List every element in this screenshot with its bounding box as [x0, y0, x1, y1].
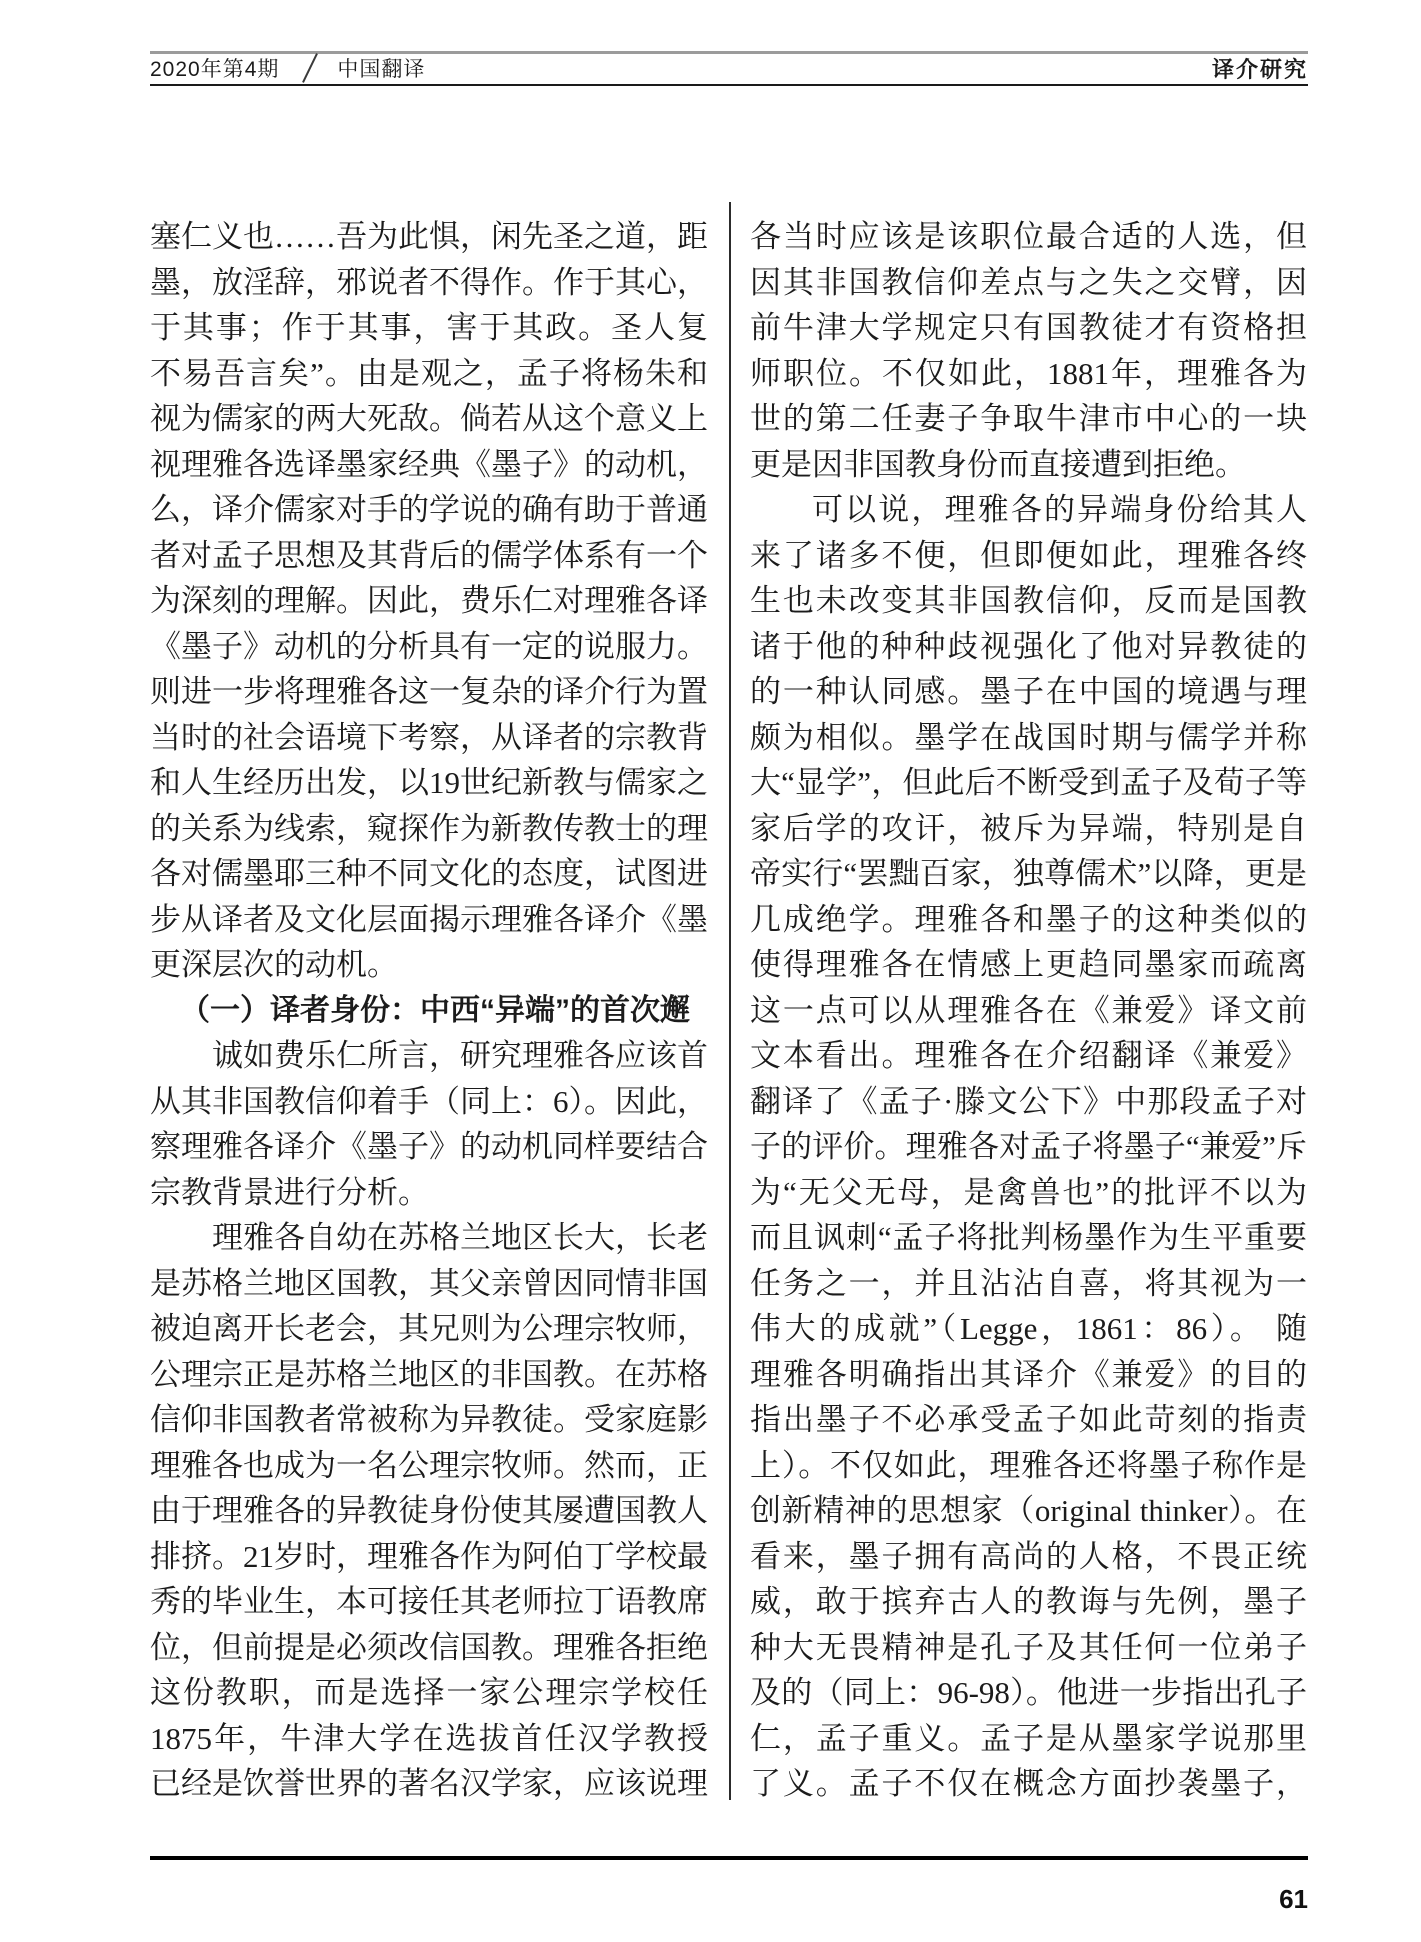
- text-line: 理雅各也成为一名公理宗牧师。然而，正是: [150, 1443, 708, 1489]
- header-left-group: 2020年第4期 中国翻译: [150, 52, 425, 84]
- text-line: 1875年，牛津大学在选拔首任汉学教授时，: [150, 1716, 708, 1762]
- text-line: 塞仁义也……吾为此惧，闲先圣之道，距杨: [150, 214, 708, 260]
- text-line: 更深层次的动机。: [150, 942, 708, 988]
- text-line: 理雅各自幼在苏格兰地区长大，长老会: [150, 1215, 708, 1261]
- text-line: 公理宗正是苏格兰地区的非国教。在苏格兰: [150, 1352, 708, 1398]
- journal-title: 中国翻译: [337, 53, 425, 83]
- text-line: 看来，墨子拥有高尚的人格，不畏正统与权: [750, 1534, 1307, 1580]
- issue-label: 2020年第4期: [150, 53, 279, 83]
- text-line: 威，敢于摈弃古人的教诲与先例，墨子的这: [750, 1579, 1307, 1625]
- text-line: 创新精神的思想家（original thinker）。在他: [750, 1488, 1307, 1534]
- text-line: 及的（同上：96-98）。他进一步指出孔子讲: [750, 1670, 1307, 1716]
- text-line: 而且讽刺“孟子将批判杨墨作为生平重要的: [750, 1215, 1307, 1261]
- text-line: 由于理雅各的异教徒身份使其屡遭国教人士: [150, 1488, 708, 1534]
- section-heading: （一）译者身份：中西“异端”的首次邂逅: [150, 988, 708, 1034]
- text-line: 则进一步将理雅各这一复杂的译介行为置于: [150, 669, 708, 715]
- text-line: 当时的社会语境下考察，从译者的宗教背景: [150, 715, 708, 761]
- page-header: 2020年第4期 中国翻译 译介研究: [150, 54, 1308, 82]
- text-line: 信仰非国教者常被称为异教徒。受家庭影响，: [150, 1397, 708, 1443]
- text-line: 宗教背景进行分析。: [150, 1170, 708, 1216]
- text-line: 各对儒墨耶三种不同文化的态度，试图进一: [150, 851, 708, 897]
- text-line: 可以说，理雅各的异端身份给其人生带: [750, 487, 1307, 533]
- column-divider-rule: [729, 202, 731, 1800]
- text-line: 位，但前提是必须改信国教。理雅各拒绝了: [150, 1625, 708, 1671]
- text-line: 为深刻的理解。因此，费乐仁对理雅各译介: [150, 578, 708, 624]
- text-line: 秀的毕业生，本可接任其老师拉丁语教席职: [150, 1579, 708, 1625]
- text-line: 世的第二任妻子争取牛津市中心的一块墓地: [750, 396, 1307, 442]
- text-line: 了义。孟子不仅在概念方面抄袭墨子，而且: [750, 1761, 1307, 1807]
- text-line: 种大无畏精神是孔子及其任何一位弟子所不: [750, 1625, 1307, 1671]
- header-bottom-rule: [150, 84, 1308, 86]
- text-line: 来了诸多不便，但即便如此，理雅各终其一: [750, 533, 1307, 579]
- text-line: 上）。不仅如此，理雅各还将墨子称作是极具: [750, 1443, 1307, 1489]
- text-line: 被迫离开长老会，其兄则为公理宗牧师，而: [150, 1306, 708, 1352]
- text-line: 这一点可以从理雅各在《兼爱》译文前的副: [750, 988, 1307, 1034]
- text-line: 帝实行“罢黜百家，独尊儒术”以降，更是: [750, 851, 1307, 897]
- text-line: 子的评价。理雅各对孟子将墨子“兼爱”斥: [750, 1124, 1307, 1170]
- text-line: 已经是饮誉世界的著名汉学家，应该说理雅: [150, 1761, 708, 1807]
- header-slash-divider: [302, 53, 318, 83]
- text-line: 不易吾言矣”。由是观之，孟子将杨朱和墨子: [150, 351, 708, 397]
- text-line: 指出墨子不必承受孟子如此苛刻的指责（同: [750, 1397, 1307, 1443]
- text-line: 为“无父无母，是禽兽也”的批评不以为然，: [750, 1170, 1307, 1216]
- section-label: 译介研究: [1212, 53, 1308, 84]
- text-line: 因其非国教信仰差点与之失之交臂，因为此: [750, 260, 1307, 306]
- text-line: 文本看出。理雅各在介绍翻译《兼爱》之前: [750, 1033, 1307, 1079]
- text-line: 翻译了《孟子·滕文公下》中那段孟子对墨: [750, 1079, 1307, 1125]
- text-line: 大“显学”，但此后不断受到孟子及荀子等儒: [750, 760, 1307, 806]
- text-line: 各当时应该是该职位最合适的人选，但他却: [750, 214, 1307, 260]
- text-line: 理雅各明确指出其译介《兼爱》的目的就是: [750, 1352, 1307, 1398]
- text-line: 从其非国教信仰着手（同上：6）。因此，考: [150, 1079, 708, 1125]
- text-line: 更是因非国教身份而直接遭到拒绝。: [750, 442, 1307, 488]
- text-line: 《墨子》动机的分析具有一定的说服力。本文: [150, 624, 708, 670]
- text-line: 颇为相似。墨学在战国时期与儒学并称为两: [750, 715, 1307, 761]
- right-column: 各当时应该是该职位最合适的人选，但他却因其非国教信仰差点与之失之交臂，因为此前牛…: [750, 214, 1307, 1807]
- journal-page: 2020年第4期 中国翻译 译介研究 塞仁义也……吾为此惧，闲先圣之道，距杨墨，…: [0, 0, 1421, 1942]
- text-line: 察理雅各译介《墨子》的动机同样要结合其: [150, 1124, 708, 1170]
- text-line: 排挤。21岁时，理雅各作为阿伯丁学校最优: [150, 1534, 708, 1580]
- text-line: 家后学的攻讦，被斥为异端，特别是自汉武: [750, 806, 1307, 852]
- text-line: 使得理雅各在情感上更趋同墨家而疏离儒家。: [750, 942, 1307, 988]
- text-line: 前牛津大学规定只有国教徒才有资格担任教: [750, 305, 1307, 351]
- text-line: 的一种认同感。墨子在中国的境遇与理雅各: [750, 669, 1307, 715]
- text-line: 和人生经历出发，以19世纪新教与儒家之间: [150, 760, 708, 806]
- text-line: 生也未改变其非国教信仰，反而是国教徒诉: [750, 578, 1307, 624]
- page-number: 61: [150, 1884, 1308, 1915]
- text-line: 步从译者及文化层面揭示理雅各译介《墨子》: [150, 897, 708, 943]
- footer-rule: [150, 1856, 1308, 1860]
- text-line: 么，译介儒家对手的学说的确有助于普通读: [150, 487, 708, 533]
- text-line: 这份教职，而是选择一家公理宗学校任教。: [150, 1670, 708, 1716]
- text-line: 于其事；作于其事，害于其政。圣人复起，: [150, 305, 708, 351]
- text-line: 墨，放淫辞，邪说者不得作。作于其心，害: [150, 260, 708, 306]
- text-line: 者对孟子思想及其背后的儒学体系有一个更: [150, 533, 708, 579]
- text-line: 几成绝学。理雅各和墨子的这种类似的遭遇: [750, 897, 1307, 943]
- text-line: 师职位。不仅如此，1881年，理雅各为其过: [750, 351, 1307, 397]
- text-line: 视为儒家的两大死敌。倘若从这个意义上审: [150, 396, 708, 442]
- text-line: 的关系为线索，窥探作为新教传教士的理雅: [150, 806, 708, 852]
- text-line: 任务之一，并且沾沾自喜，将其视为一生最: [750, 1261, 1307, 1307]
- text-line: 视理雅各选译墨家经典《墨子》的动机，那: [150, 442, 708, 488]
- text-line: 伟大的成就”（Legge，1861：86）。 随后，: [750, 1306, 1307, 1352]
- text-line: 是苏格兰地区国教，其父亲曾因同情非国教: [150, 1261, 708, 1307]
- text-line: 诸于他的种种歧视强化了他对异教徒的身份: [750, 624, 1307, 670]
- left-column: 塞仁义也……吾为此惧，闲先圣之道，距杨墨，放淫辞，邪说者不得作。作于其心，害于其…: [150, 214, 708, 1807]
- text-line: 仁，孟子重义。孟子是从墨家学说那里剽窃: [750, 1716, 1307, 1762]
- text-line: 诚如费乐仁所言，研究理雅各应该首先: [150, 1033, 708, 1079]
